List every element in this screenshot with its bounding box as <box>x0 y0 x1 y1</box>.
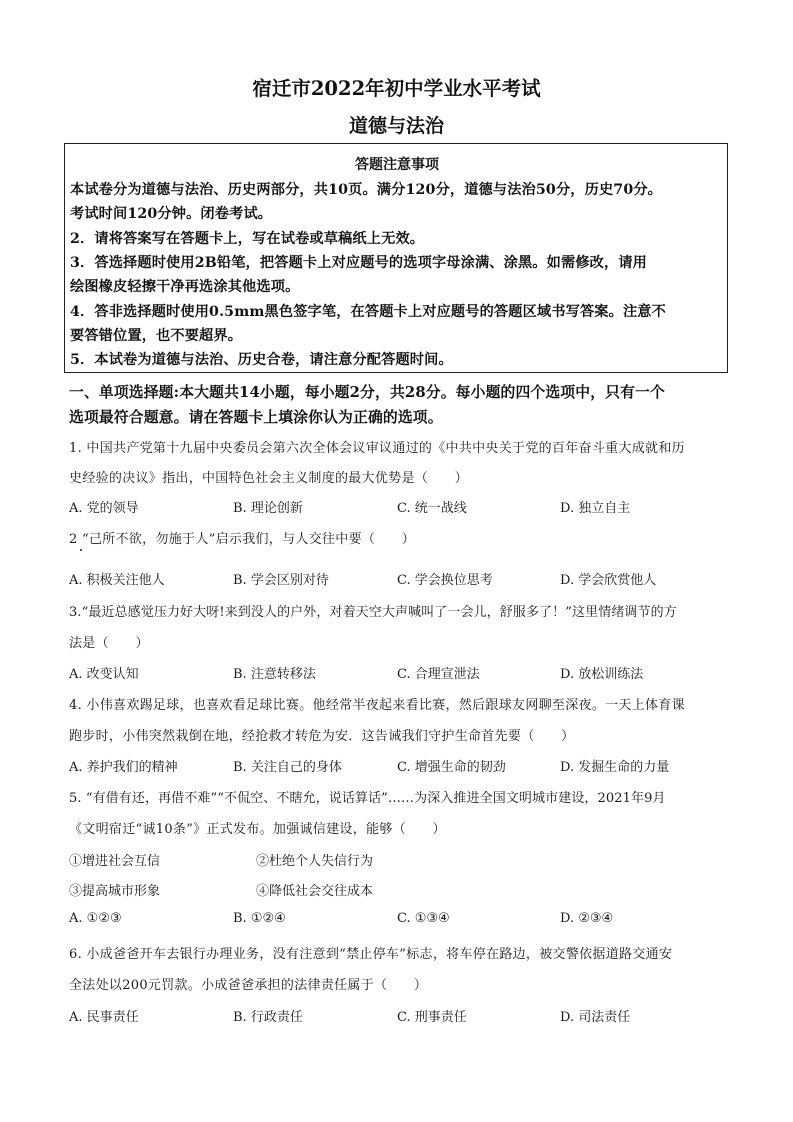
question-text: 跑步时，小伟突然栽倒在地，经抢救才转危为安．这告诫我们守护生命首先要（ ） <box>69 725 574 744</box>
notice-line-2: 考试时间120分钟。闭卷考试。 <box>70 203 272 223</box>
option-b: B. 行政责任 <box>233 1006 303 1025</box>
option-d: D. 放松训练法 <box>560 663 643 682</box>
question-text: 《文明宿迁“诚10条”》正式发布。加强诚信建设，能够（ ） <box>69 818 446 837</box>
option-c: C. 增强生命的韧劲 <box>397 756 506 775</box>
question-text: 2 “己所不欲，勿施于人”启示我们，与人交往中要（ ） <box>69 528 415 547</box>
question-text: 5. “有借有还，再借不难”“不侃空、不瞎允，说话算话”……为深入推进全国文明城… <box>69 787 666 806</box>
option-b: B. ①②④ <box>233 911 286 926</box>
statement-1: ①增进社会互信 <box>69 850 160 869</box>
subject-title: 道德与法治 <box>0 111 793 138</box>
option-a: A. ①②③ <box>69 911 122 926</box>
option-d: D. 学会欣赏他人 <box>560 569 656 588</box>
section-heading-line-1: 一、单项选择题:本大题共14小题，每小题2分，共28分。每小题的四个选项中，只有… <box>69 381 665 402</box>
exam-title: 宿迁市2022年初中学业水平考试 <box>0 73 793 101</box>
notice-line-4: 3．答选择题时使用2B铅笔，把答题卡上对应题号的选项字母涂满、涂黑。如需修改，请… <box>70 252 647 272</box>
option-b: B. 注意转移法 <box>233 663 316 682</box>
option-b: B. 学会区别对待 <box>233 569 329 588</box>
question-text: 1. 中国共产党第十九届中央委员会第六次全体会议审议通过的《中共中央关于党的百年… <box>69 437 685 456</box>
notice-line-8: 5．本试卷为道德与法治、历史合卷，请注意分配答题时间。 <box>70 349 453 369</box>
notice-line-5: 绘图橡皮轻擦干净再选涂其他选项。 <box>70 276 299 296</box>
section-heading-line-2: 选项最符合题意。请在答题卡上填涂你认为正确的选项。 <box>69 406 443 427</box>
statement-4: ④降低社会交往成本 <box>256 880 373 899</box>
stray-mark <box>80 549 82 551</box>
option-b: B. 理论创新 <box>233 497 303 516</box>
question-text: 法是（ ） <box>69 632 149 651</box>
notice-line-3: 2．请将答案写在答题卡上，写在试卷或草稿纸上无效。 <box>70 228 424 248</box>
notice-box: 答题注意事项 本试卷分为道德与法治、历史两部分，共10页。满分120分，道德与法… <box>64 143 728 373</box>
question-text: 6. 小成爸爸开车去银行办理业务，没有注意到“禁止停车”标志，将车停在路边，被交… <box>69 943 672 962</box>
option-a: A. 民事责任 <box>69 1006 139 1025</box>
notice-line-6: 4．答非选择题时使用0.5mm黑色签字笔，在答题卡上对应题号的答题区域书写答案。… <box>70 301 666 321</box>
option-a: A. 改变认知 <box>69 663 139 682</box>
option-a: A. 积极关注他人 <box>69 569 165 588</box>
option-d: D. 独立自主 <box>560 497 630 516</box>
option-c: C. ①③④ <box>397 911 450 926</box>
question-text: 全法处以200元罚款。小成爸爸承担的法律责任属于（ ） <box>69 974 427 993</box>
question-text: 4. 小伟喜欢踢足球，也喜欢看足球比赛。他经常半夜起来看比赛，然后跟球友网聊至深… <box>69 694 685 713</box>
option-c: C. 统一战线 <box>397 497 467 516</box>
option-c: C. 刑事责任 <box>397 1006 467 1025</box>
option-b: B. 关注自己的身体 <box>233 756 342 775</box>
question-text: 史经验的决议》指出，中国特色社会主义制度的最大优势是（ ） <box>69 467 468 486</box>
option-d: D. 司法责任 <box>560 1006 630 1025</box>
statement-2: ②杜绝个人失信行为 <box>256 850 373 869</box>
option-c: C. 学会换位思考 <box>397 569 493 588</box>
notice-heading: 答题注意事项 <box>65 154 729 174</box>
notice-line-1: 本试卷分为道德与法治、历史两部分，共10页。满分120分，道德与法治50分，历史… <box>70 179 662 199</box>
statement-3: ③提高城市形象 <box>69 880 160 899</box>
option-d: D. ②③④ <box>560 911 613 926</box>
question-text: 3.“最近总感觉压力好大呀!来到没人的户外，对着天空大声喊叫了一会儿，舒服多了！… <box>69 601 677 620</box>
option-d: D. 发掘生命的力量 <box>560 756 669 775</box>
option-a: A. 养护我们的精神 <box>69 756 178 775</box>
notice-line-7: 要答错位置，也不要超界。 <box>70 325 242 345</box>
option-c: C. 合理宣泄法 <box>397 663 480 682</box>
option-a: A. 党的领导 <box>69 497 139 516</box>
